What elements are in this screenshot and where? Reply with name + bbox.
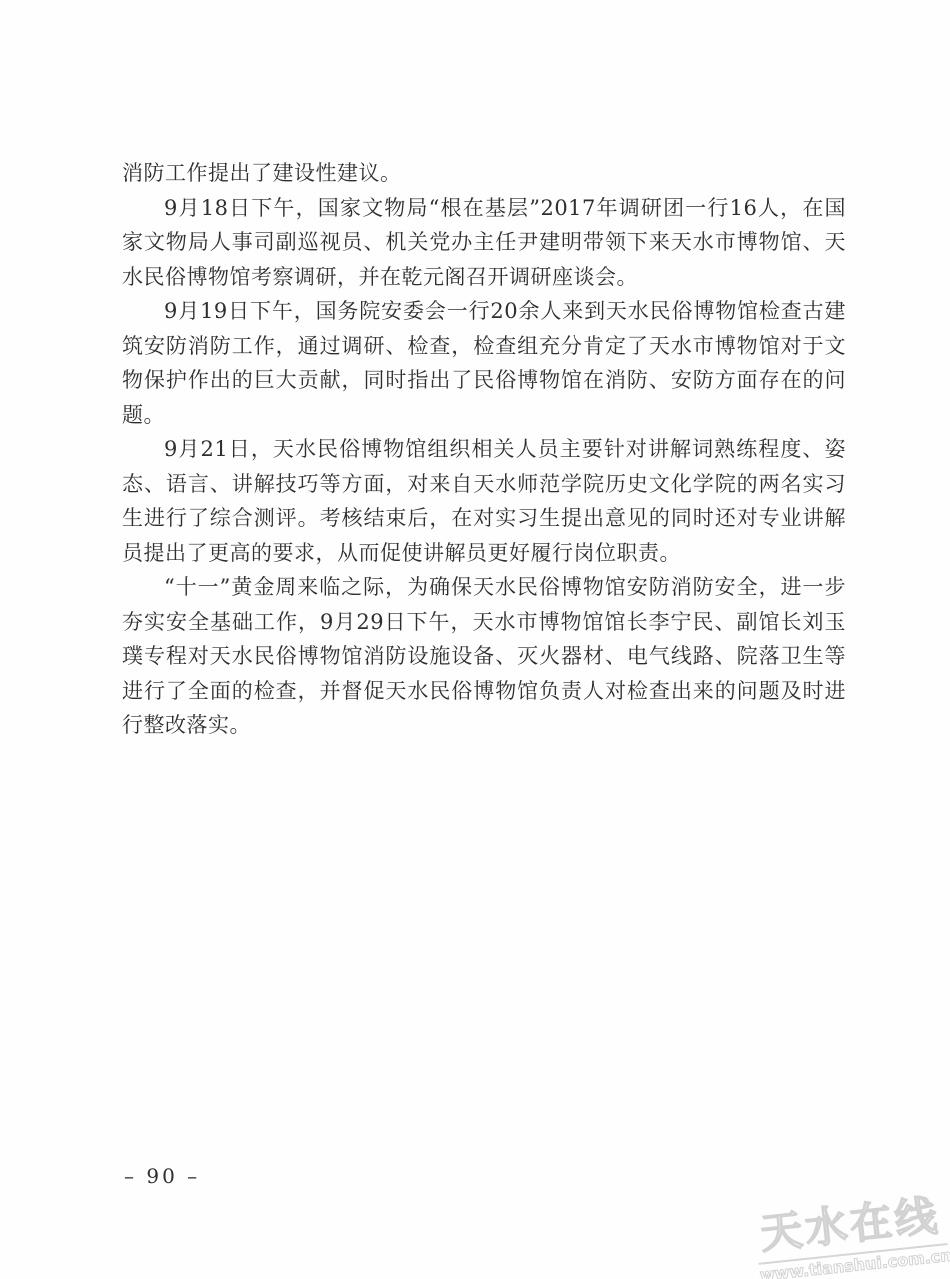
scanned-document-page: 消防工作提出了建设性建议。 9月18日下午，国家文物局“根在基层”2017年调研… — [0, 0, 950, 1279]
watermark-url: www.tianshui.com.cn — [759, 1246, 950, 1279]
paragraph-sep19: 9月19日下午，国务院安委会一行20余人来到天水民俗博物馆检查古建筑安防消防工作… — [122, 294, 846, 432]
page-number: – 90 – — [124, 1164, 200, 1188]
paragraph-sep18: 9月18日下午，国家文物局“根在基层”2017年调研团一行16人，在国家文物局人… — [122, 191, 846, 295]
watermark-divider — [759, 1243, 948, 1265]
paragraph-sep29: “十一”黄金周来临之际，为确保天水民俗博物馆安防消防安全，进一步夯实安全基础工作… — [122, 570, 846, 743]
watermark: 天水在线 www.tianshui.com.cn — [752, 1182, 950, 1279]
paragraph-continuation: 消防工作提出了建设性建议。 — [122, 156, 846, 191]
body-text: 消防工作提出了建设性建议。 9月18日下午，国家文物局“根在基层”2017年调研… — [122, 156, 846, 743]
watermark-logo-text: 天水在线 — [752, 1182, 947, 1262]
paragraph-sep21: 9月21日，天水民俗博物馆组织相关人员主要针对讲解词熟练程度、姿态、语言、讲解技… — [122, 432, 846, 570]
